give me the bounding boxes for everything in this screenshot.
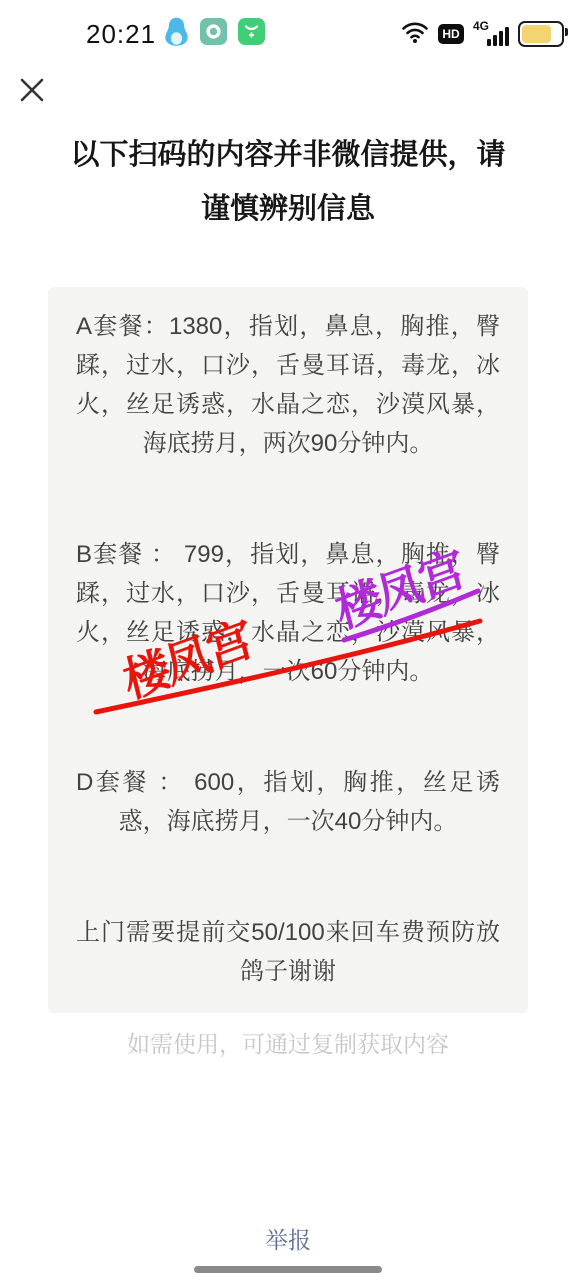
- deposit-note-text: 上门需要提前交50/100来回车费预防放鸽子谢谢: [76, 913, 500, 991]
- copy-hint: 如需使用，可通过复制获取内容: [0, 1026, 576, 1059]
- cell-signal-icon: 4G: [473, 21, 509, 47]
- scanned-content-card[interactable]: A套餐：1380，指划，鼻息，胸推，臀蹂，过水，口沙，舌曼耳语，毒龙，冰火，丝足…: [48, 287, 528, 1013]
- package-a-text: A套餐：1380，指划，鼻息，胸推，臀蹂，过水，口沙，舌曼耳语，毒龙，冰火，丝足…: [76, 307, 500, 463]
- battery-fill: [522, 25, 551, 43]
- qq-icon: [164, 17, 189, 51]
- status-bar: 20:21: [0, 0, 576, 60]
- package-d-text: D套餐 ： 600，指划，胸推，丝足诱惑，海底捞月，一次40分钟内。: [76, 763, 500, 841]
- hd-badge: HD: [438, 24, 464, 44]
- wifi-icon: [401, 20, 429, 49]
- status-time: 20:21: [86, 19, 156, 50]
- report-button[interactable]: 举报: [255, 1218, 321, 1259]
- close-icon[interactable]: [14, 72, 50, 108]
- home-indicator-bar[interactable]: [194, 1266, 382, 1273]
- ring-app-icon: [200, 18, 227, 50]
- notification-icons: [164, 19, 265, 49]
- green-app-icon: [238, 18, 265, 50]
- package-b-text: B套餐 ： 799，指划，鼻息，胸推，臀蹂，过水，口沙，舌曼耳语，毒龙，冰火，丝…: [76, 535, 500, 691]
- battery-nub: [565, 28, 569, 36]
- signal-bars: [487, 27, 509, 46]
- status-right-icons: HD 4G: [401, 20, 564, 48]
- warning-title: 以下扫码的内容并非微信提供，请谨慎辨别信息: [68, 128, 508, 236]
- battery-icon: [518, 21, 564, 47]
